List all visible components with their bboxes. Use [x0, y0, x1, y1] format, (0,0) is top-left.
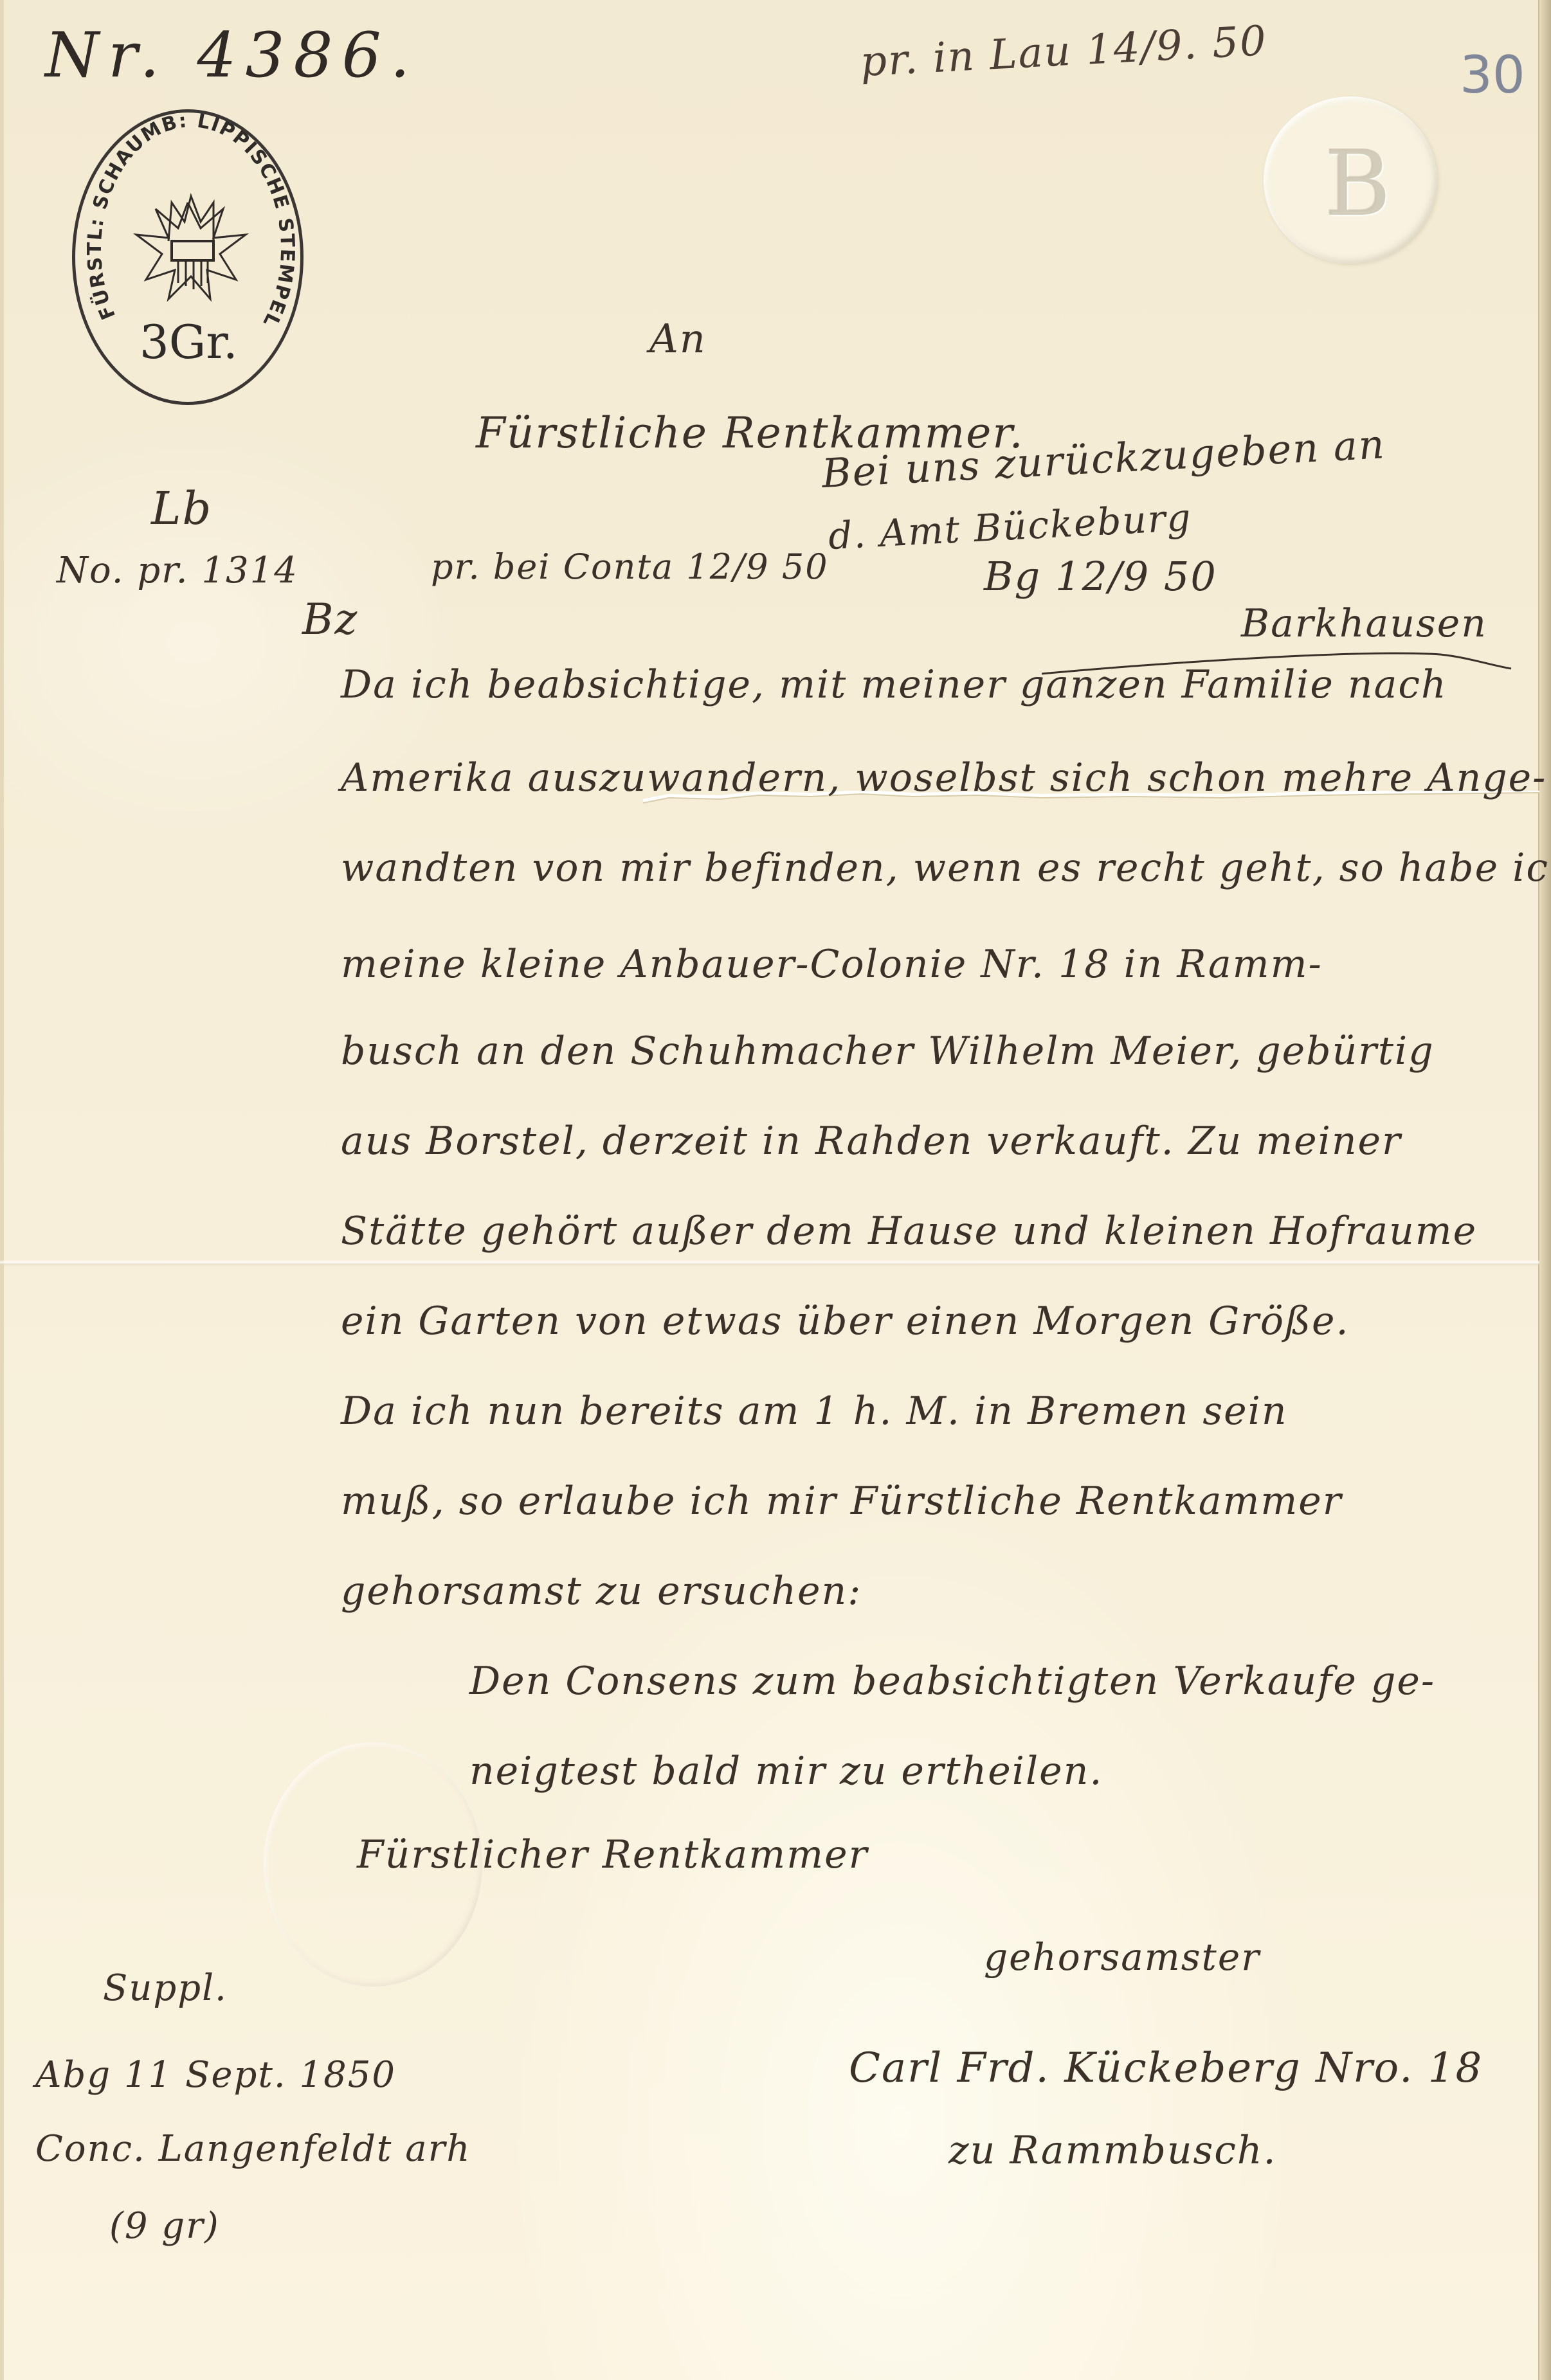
sender-location: zu Rammbusch. [948, 2128, 1277, 2173]
forwarded-note: pr. bei Conta 12/9 50 [431, 546, 829, 587]
body-line: Stätte gehört außer dem Hause und kleine… [341, 1209, 1477, 1254]
margin-mark: Lb [151, 482, 212, 535]
tax-stamp-value: 3Gr. [140, 315, 238, 369]
page-right-edge [1538, 0, 1551, 2380]
embossed-seal-letter: B [1325, 132, 1391, 237]
page-left-edge [0, 0, 4, 2380]
paragraph-mark: Bz [302, 595, 358, 644]
body-line: meine kleine Anbauer-Colonie Nr. 18 in R… [341, 942, 1323, 987]
document-number: Nr. 4386. [45, 19, 419, 91]
margin-note-bottom: Abg 11 Sept. 1850 [35, 2054, 396, 2096]
valediction: gehorsamster [984, 1935, 1260, 1979]
body-line: aus Borstel, derzeit in Rahden verkauft.… [341, 1119, 1402, 1164]
margin-note-bottom: (9 gr) [109, 2205, 220, 2247]
body-line: neigtest bald mir zu ertheilen. [469, 1749, 1103, 1794]
body-line: wandten von mir befinden, wenn es recht … [341, 845, 1551, 890]
margin-registry-number: No. pr. 1314 [57, 550, 298, 591]
svg-text:FÜRSTL: SCHAUMB: LIPPISCHE STE: FÜRSTL: SCHAUMB: LIPPISCHE STEMPELTAXE [75, 113, 298, 330]
margin-note-bottom: Conc. Langenfeldt arh [35, 2128, 471, 2170]
body-line: busch an den Schuhmacher Wilhelm Meier, … [341, 1029, 1435, 1074]
body-line: muß, so erlaube ich mir Fürstliche Rentk… [341, 1479, 1342, 1524]
annotation-signature: Barkhausen [1241, 601, 1487, 646]
body-line: Da ich nun bereits am 1 h. M. in Bremen … [341, 1389, 1288, 1434]
embossed-seal: B [1264, 96, 1437, 264]
body-line: Amerika auszuwandern, woselbst sich scho… [341, 755, 1546, 800]
body-line: ein Garten von etwas über einen Morgen G… [341, 1299, 1350, 1344]
salutation-to: An [649, 315, 707, 362]
sender-signature: Carl Frd. Kückeberg Nro. 18 [849, 2044, 1483, 2092]
tax-stamp: FÜRSTL: SCHAUMB: LIPPISCHE STEMPELTAXE 3… [72, 109, 304, 405]
body-line: Den Consens zum beabsichtigten Verkaufe … [469, 1659, 1435, 1704]
body-line: gehorsamst zu ersuchen: [341, 1569, 862, 1614]
body-line: Da ich beabsichtige, mit meiner ganzen F… [341, 662, 1447, 707]
annotation-date: Bg 12/9 50 [984, 553, 1217, 600]
archive-page-number: 30 [1460, 45, 1525, 105]
margin-note-bottom: Suppl. [103, 1967, 228, 2009]
paper-fold-line [0, 1260, 1539, 1267]
closing-recipient: Fürstlicher Rentkammer [357, 1832, 868, 1877]
